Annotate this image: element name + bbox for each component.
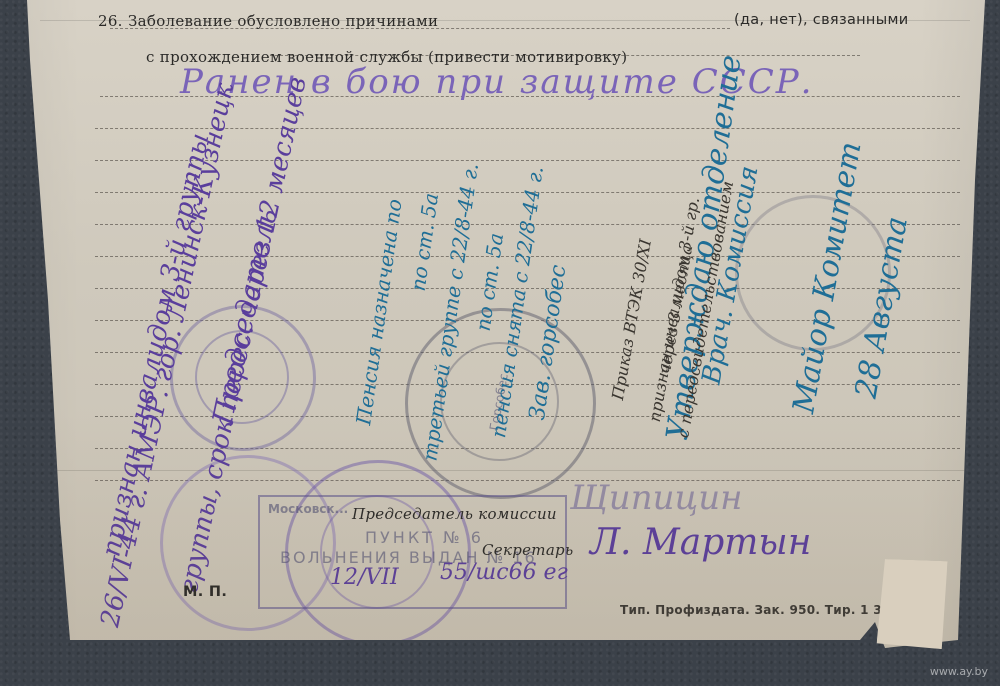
chairman-signature-top: Щипицин xyxy=(570,478,743,518)
mp-label: М. П. xyxy=(183,584,227,600)
item-number: 26. xyxy=(98,12,123,30)
chairman-signature: Л. Мартын xyxy=(590,522,811,563)
printed-line-1-suffix: (да, нет), связанными xyxy=(734,12,908,28)
handwritten-middle-line-1: Пенсия назначена по xyxy=(351,197,406,426)
watermark: www.ay.by xyxy=(930,665,988,678)
torn-corner-flap xyxy=(876,559,947,649)
handwritten-middle-line-3: по ст. 5а xyxy=(406,191,444,292)
document-paper: 26. Заболевание обусловлено причинами (д… xyxy=(0,0,1000,686)
secretary-label: Секретарь xyxy=(482,541,573,559)
secretary-note: 55/шс66 ег xyxy=(440,560,568,585)
printed-line-1: Заболевание обусловлено причинами xyxy=(128,12,438,30)
chairman-label: Председатель комиссии xyxy=(352,505,557,523)
printer-imprint: Тип. Профиздата. Зак. 950. Тир. 1 300 xyxy=(620,603,899,617)
date-stamp-handwritten: 12/VII xyxy=(330,565,399,590)
